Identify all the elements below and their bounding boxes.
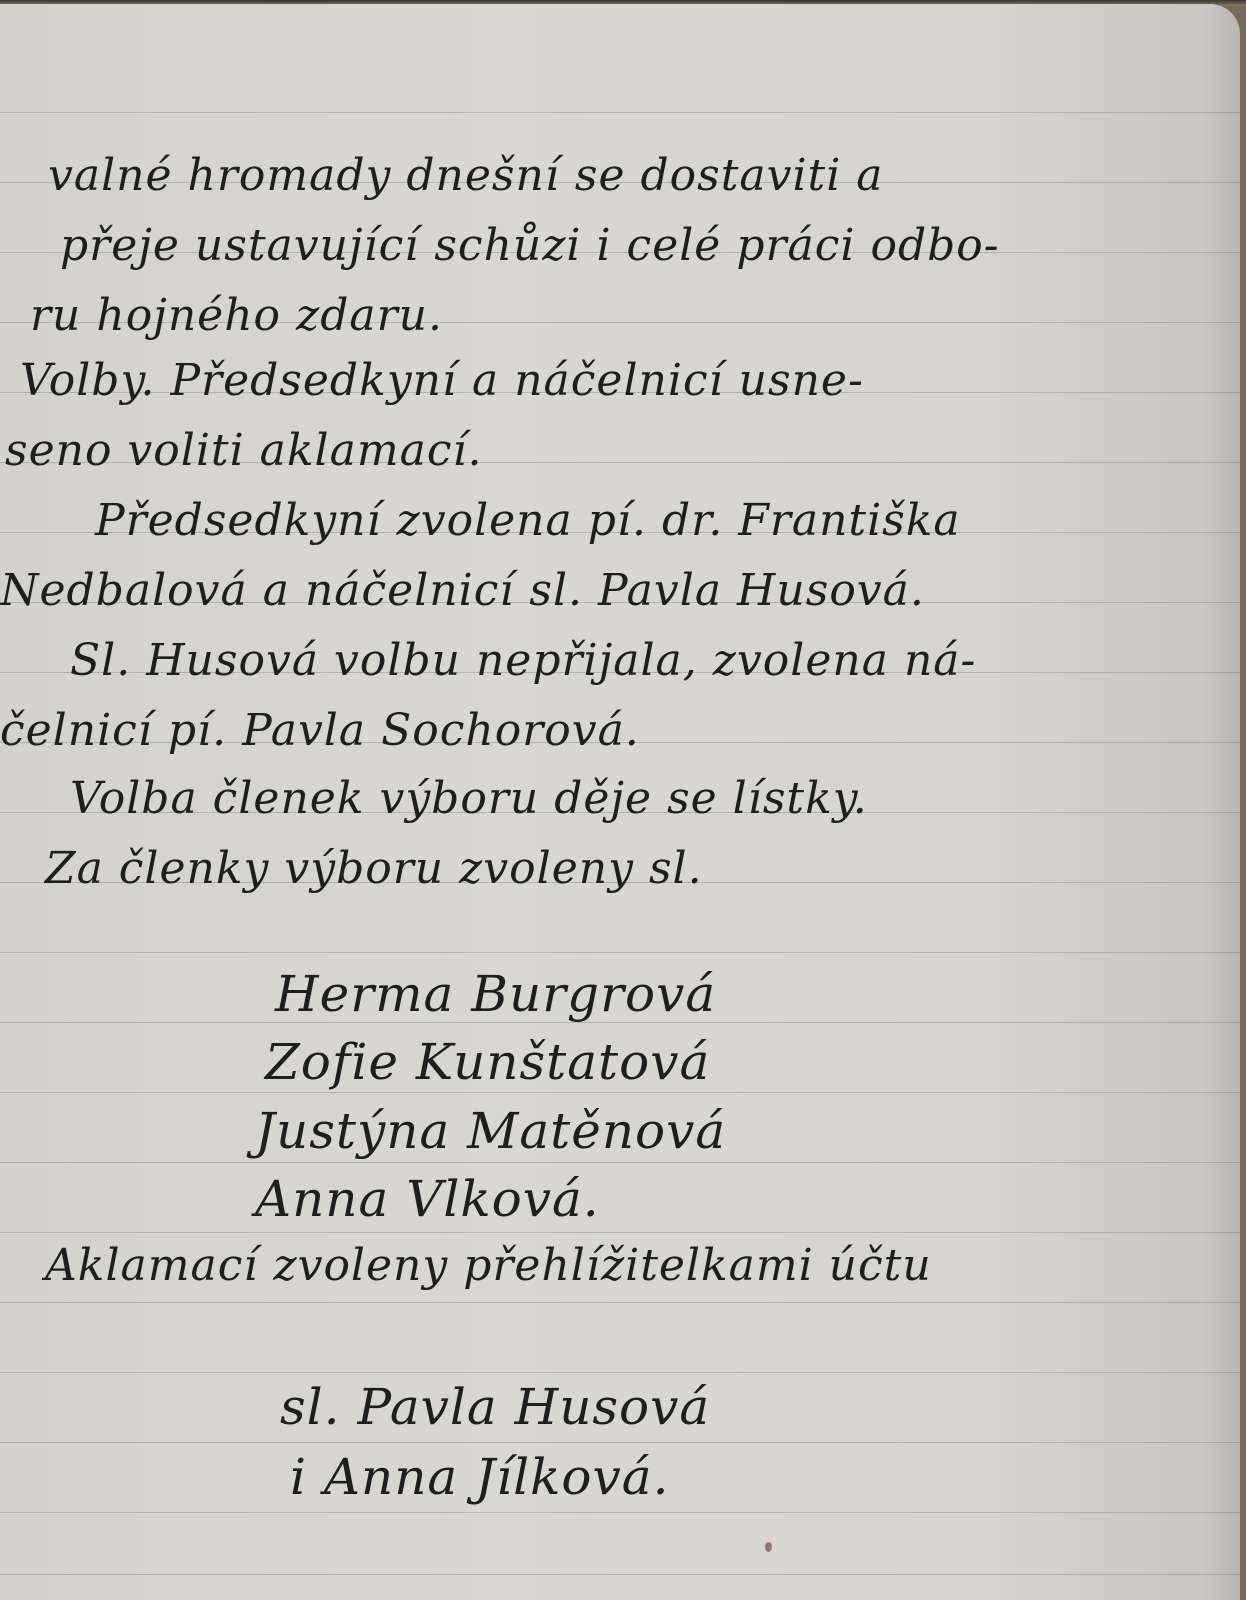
text-line: Za členky výboru zvoleny sl.	[45, 847, 703, 891]
ink-spot	[765, 1542, 772, 1552]
committee-member: Justýna Matěnová	[255, 1106, 726, 1156]
ruled-line	[0, 952, 1240, 953]
section-heading-volby: Volby. Předsedkyní a náčelnicí usne-	[20, 359, 864, 403]
notebook-page: valné hromady dnešní se dostaviti a přej…	[0, 4, 1240, 1600]
committee-member: Zofie Kunštatová	[265, 1037, 710, 1087]
text-line: Aklamací zvoleny přehlížitelkami účtu	[45, 1244, 932, 1288]
ruled-line	[0, 1442, 1240, 1443]
ruled-line	[0, 1302, 1240, 1303]
text-line: valné hromady dnešní se dostaviti a	[48, 154, 884, 198]
committee-member: Anna Vlková.	[255, 1174, 600, 1224]
ruled-line	[0, 1162, 1240, 1163]
ruled-line	[0, 1574, 1240, 1575]
ruled-line	[0, 1092, 1240, 1093]
ruled-line	[0, 1512, 1240, 1513]
committee-member: Herma Burgrová	[275, 969, 716, 1019]
text-line: Sl. Husová volbu nepřijala, zvolena ná-	[70, 639, 976, 683]
text-line: Předsedkyní zvolena pí. dr. Františka	[95, 499, 961, 543]
text-line: Nedbalová a náčelnicí sl. Pavla Husová.	[0, 569, 925, 613]
text-line: čelnicí pí. Pavla Sochorová.	[0, 709, 640, 753]
ruled-line	[0, 1232, 1240, 1233]
ruled-line	[0, 1372, 1240, 1373]
auditor: sl. Pavla Husová	[280, 1382, 710, 1432]
text-line: přeje ustavující schůzi i celé práci odb…	[60, 224, 1000, 268]
text-line: ru hojného zdaru.	[30, 294, 443, 338]
text-line: Volba členek výboru děje se lístky.	[70, 777, 868, 821]
ruled-line	[0, 112, 1240, 113]
text-line: seno voliti aklamací.	[5, 429, 483, 473]
auditor: i Anna Jílková.	[290, 1452, 669, 1502]
